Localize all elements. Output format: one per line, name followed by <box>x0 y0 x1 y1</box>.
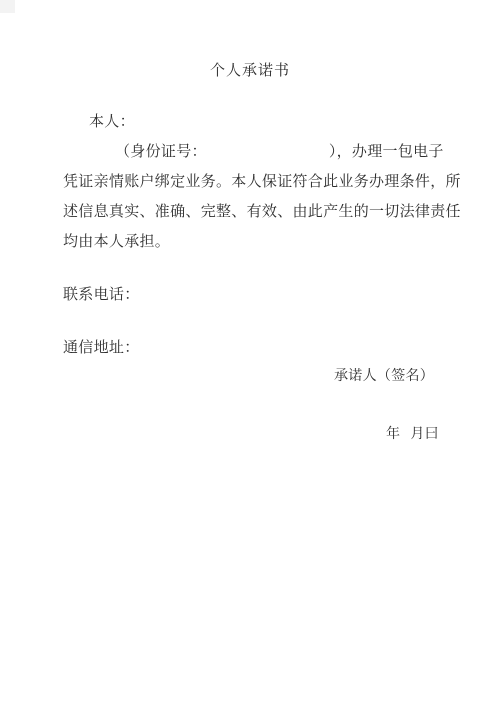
id-number-label: （身份证号： <box>115 143 207 160</box>
commitment-letter-page: 个人承诺书 本人： （身份证号：），办理一包电子 凭证亲情账户绑定业务。本人保证… <box>0 0 500 707</box>
id-number-line: （身份证号：），办理一包电子 <box>115 143 444 161</box>
page-title: 个人承诺书 <box>0 62 500 80</box>
id-number-blank <box>207 155 329 156</box>
id-line-continuation: ），办理一包电子 <box>329 143 444 160</box>
salutation-line: 本人： <box>89 113 135 131</box>
date-line: 年月曰 <box>386 424 439 442</box>
date-year-label: 年 <box>386 425 400 441</box>
date-blank <box>400 437 410 438</box>
address-label: 通信地址： <box>63 339 140 357</box>
body-text-line: 均由本人承担。 <box>63 233 170 251</box>
phone-label: 联系电话： <box>63 286 140 304</box>
body-text-line: 述信息真实、准确、完整、有效、由此产生的一切法律责任 <box>63 203 461 221</box>
date-month-day-label: 月曰 <box>410 425 439 441</box>
signer-signature-label: 承诺人（签名） <box>334 366 434 384</box>
scan-corner-artifact <box>0 0 15 13</box>
body-text-line: 凭证亲情账户绑定业务。本人保证符合此业务办理条件，所 <box>63 173 461 191</box>
